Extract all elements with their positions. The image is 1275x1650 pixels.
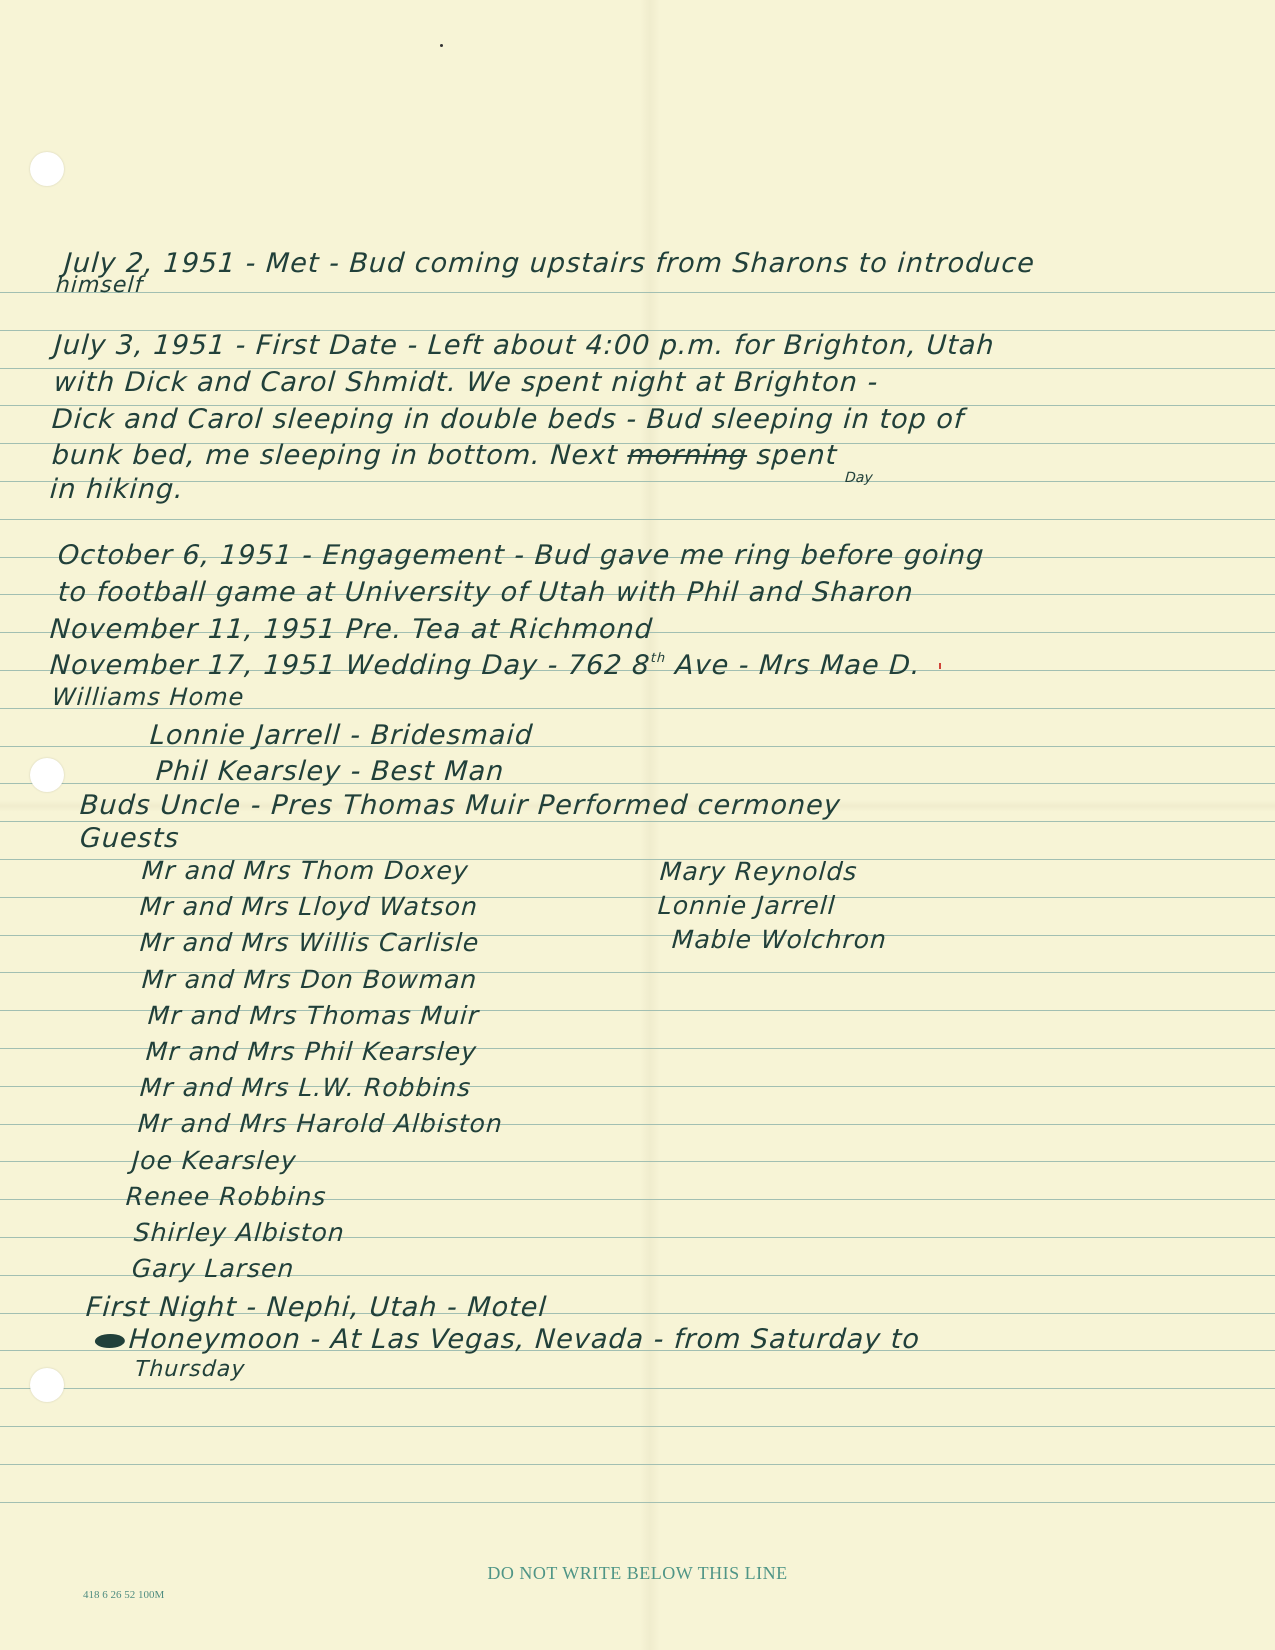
guest-name: Mr and Mrs Thomas Muir — [147, 1001, 480, 1030]
entry-line: October 6, 1951 - Engagement - Bud gave … — [57, 540, 986, 571]
entry-line: Buds Uncle - Pres Thomas Muir Performed … — [79, 790, 842, 821]
guests-heading: Guests — [79, 823, 181, 854]
entry-text: November 17, 1951 Wedding Day - 762 8 — [49, 650, 651, 681]
guest-name: Mr and Mrs Harold Albiston — [137, 1109, 504, 1138]
ruled-line — [0, 481, 1275, 482]
punch-hole-top — [30, 152, 64, 186]
ruled-line — [0, 1502, 1275, 1503]
entry-line: to football game at University of Utah w… — [57, 577, 915, 608]
guest-name: Mr and Mrs Thom Doxey — [141, 856, 470, 885]
notebook-page: July 2, 1951 - Met - Bud coming upstairs… — [0, 0, 1275, 1650]
guest-name: Mr and Mrs L.W. Robbins — [139, 1073, 472, 1102]
entry-line: Honeymoon - At Las Vegas, Nevada - from … — [94, 1324, 921, 1355]
entry-line-with-correction: bunk bed, me sleeping in bottom. Next mo… — [51, 440, 838, 471]
entry-line: in hiking. — [49, 474, 185, 505]
entry-line: himself — [55, 273, 144, 298]
form-code: 418 6 26 52 100M — [83, 1589, 164, 1601]
do-not-write-notice: DO NOT WRITE BELOW THIS LINE — [0, 1563, 1275, 1584]
ruled-line — [0, 519, 1275, 520]
entry-text: Honeymoon - At Las Vegas, Nevada - from … — [128, 1324, 921, 1355]
guest-name: Joe Kearsley — [131, 1146, 298, 1175]
entry-line-wedding: November 17, 1951 Wedding Day - 762 8th … — [49, 650, 922, 681]
entry-line: Phil Kearsley - Best Man — [155, 756, 506, 787]
ruled-line — [0, 1388, 1275, 1389]
ink-speck — [440, 44, 443, 47]
entry-line: Thursday — [134, 1357, 246, 1382]
entry-text: Ave - Mrs Mae D. — [665, 650, 922, 681]
red-ink-mark — [939, 663, 941, 669]
superscript: th — [650, 651, 666, 666]
guest-name: Mr and Mrs Don Bowman — [141, 965, 478, 994]
entry-line: July 2, 1951 - Met - Bud coming upstairs… — [63, 248, 1036, 279]
guest-name: Gary Larsen — [131, 1254, 296, 1283]
ruled-line — [0, 1464, 1275, 1465]
guest-name: Mr and Mrs Willis Carlisle — [139, 928, 480, 957]
guest-name: Lonnie Jarrell — [657, 891, 837, 920]
inserted-word: Day — [844, 470, 873, 486]
guest-name: Shirley Albiston — [133, 1218, 346, 1247]
struck-word: morning — [626, 440, 748, 471]
entry-text: spent — [746, 440, 838, 471]
entry-line: July 3, 1951 - First Date - Left about 4… — [53, 330, 996, 361]
entry-line: Williams Home — [51, 683, 245, 711]
guest-name: Mary Reynolds — [659, 857, 858, 886]
entry-text: bunk bed, me sleeping in bottom. Next — [51, 440, 629, 471]
entry-line: First Night - Nephi, Utah - Motel — [85, 1292, 548, 1323]
punch-hole-middle — [30, 758, 64, 792]
guest-name: Mable Wolchron — [671, 925, 888, 954]
punch-hole-bottom — [30, 1368, 64, 1402]
entry-line: with Dick and Carol Shmidt. We spent nig… — [53, 367, 879, 398]
ruled-line — [0, 821, 1275, 822]
ruled-line — [0, 1426, 1275, 1427]
entry-line: November 11, 1951 Pre. Tea at Richmond — [49, 614, 654, 645]
ruled-line — [0, 292, 1275, 293]
guest-name: Mr and Mrs Lloyd Watson — [139, 892, 479, 921]
scribble-mark — [94, 1334, 125, 1348]
guest-name: Mr and Mrs Phil Kearsley — [145, 1037, 478, 1066]
entry-line: Dick and Carol sleeping in double beds -… — [51, 404, 966, 435]
guest-name: Renee Robbins — [125, 1182, 328, 1211]
entry-line: Lonnie Jarrell - Bridesmaid — [149, 720, 534, 751]
